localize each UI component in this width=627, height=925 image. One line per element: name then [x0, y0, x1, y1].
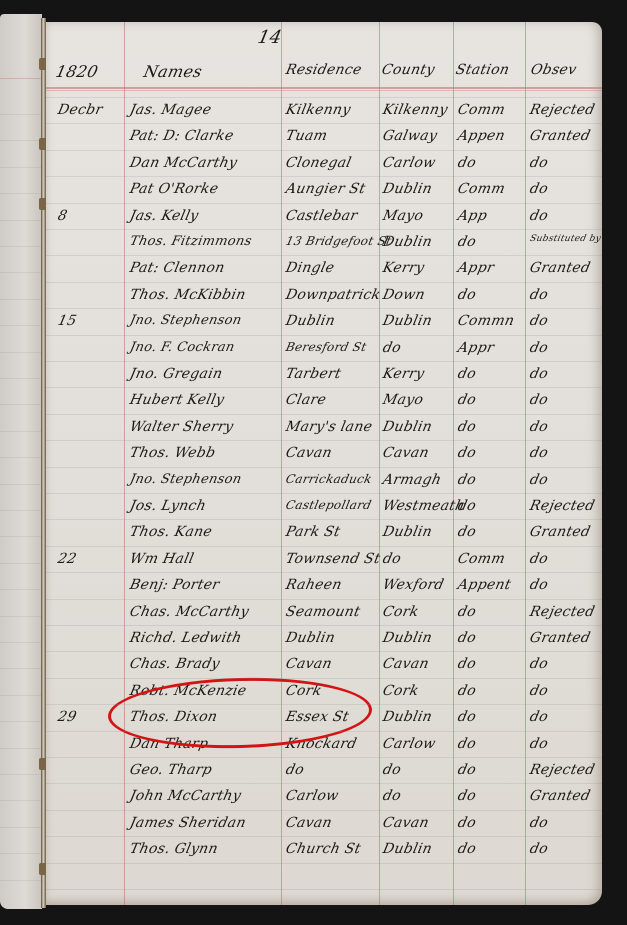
- cell-name: Jas. Kelly: [128, 208, 200, 224]
- cell-station: do: [456, 683, 477, 699]
- ruled-line: [0, 167, 42, 168]
- ruled-line: [0, 563, 42, 564]
- cell-observation: Granted: [528, 630, 592, 646]
- cell-name: Benj: Porter: [128, 577, 221, 593]
- cell-station: do: [456, 472, 477, 488]
- cell-residence: Townsend St: [284, 551, 382, 567]
- cell-county: Galway: [381, 128, 438, 144]
- cell-name: Thos. McKibbin: [128, 287, 247, 303]
- ruled-line: [0, 800, 42, 801]
- cell-station: do: [456, 524, 477, 540]
- ruled-line: [46, 810, 602, 811]
- cell-station: do: [456, 445, 477, 461]
- cell-residence: Church St: [284, 841, 362, 857]
- cell-county: Cavan: [381, 445, 430, 461]
- cell-residence: Carrickaduck: [285, 472, 374, 486]
- cell-residence: Tuam: [284, 128, 329, 144]
- cell-observation: Granted: [528, 788, 592, 804]
- ruled-line: [46, 731, 602, 732]
- cell-station: do: [456, 392, 477, 408]
- ruled-line: [46, 889, 602, 890]
- ruled-line: [0, 484, 42, 485]
- ruled-line: [0, 114, 42, 115]
- cell-residence: Seamount: [284, 604, 361, 620]
- cell-observation: do: [528, 208, 549, 224]
- cell-observation: do: [528, 366, 549, 382]
- column-divider-county: [453, 22, 454, 905]
- cell-residence: Downpatrick: [284, 287, 382, 303]
- ruled-line: [46, 599, 602, 600]
- cell-residence: Aungier St: [284, 181, 367, 197]
- cell-county: Dublin: [381, 630, 433, 646]
- cell-name: Jas. Magee: [128, 102, 213, 118]
- cell-station: Comm: [456, 551, 506, 567]
- cell-observation: Granted: [528, 260, 592, 276]
- cell-residence: Raheen: [284, 577, 343, 593]
- ruled-line: [46, 863, 602, 864]
- cell-date: 29: [56, 709, 78, 725]
- ruled-line: [46, 308, 602, 309]
- ruled-line: [46, 836, 602, 837]
- cell-county: Kerry: [381, 260, 426, 276]
- cell-station: do: [456, 604, 477, 620]
- ruled-line: [0, 246, 42, 247]
- cell-county: Down: [381, 287, 426, 303]
- cell-county: Dublin: [381, 524, 433, 540]
- ruled-line: [46, 572, 602, 573]
- cell-residence: Park St: [284, 524, 341, 540]
- ruled-line: [46, 361, 602, 362]
- ruled-line: [46, 414, 602, 415]
- cell-residence: Castlebar: [284, 208, 359, 224]
- cell-residence: Clare: [284, 392, 327, 408]
- cell-name: John McCarthy: [128, 788, 242, 804]
- header-names: Names: [142, 62, 204, 81]
- cell-residence: Castlepollard: [285, 498, 373, 512]
- cell-name: Jno. Stephenson: [128, 472, 243, 487]
- cell-observation: do: [528, 181, 549, 197]
- cell-station: Appen: [456, 128, 506, 144]
- ruled-line: [0, 536, 42, 537]
- cell-county: Dublin: [381, 234, 433, 250]
- cell-station: do: [456, 815, 477, 831]
- page-number: 14: [256, 27, 284, 48]
- ruled-line: [46, 467, 602, 468]
- cell-observation: Rejected: [528, 498, 596, 514]
- ruled-line: [0, 404, 42, 405]
- ruled-line: [0, 140, 42, 141]
- ruled-line: [0, 431, 42, 432]
- cell-county: Dublin: [381, 313, 433, 329]
- cell-residence: Dublin: [284, 313, 336, 329]
- cell-date: 22: [56, 551, 78, 567]
- cell-county: do: [381, 762, 402, 778]
- cell-name: Thos. Fitzimmons: [128, 234, 253, 249]
- ruled-line: [46, 783, 602, 784]
- cell-name: Walter Sherry: [128, 419, 235, 435]
- cell-county: Cork: [381, 604, 420, 620]
- cell-observation: do: [528, 445, 549, 461]
- header-county: County: [380, 62, 436, 78]
- ruled-line: [0, 589, 42, 590]
- cell-name: Richd. Ledwith: [128, 630, 243, 646]
- cell-observation: Rejected: [528, 102, 596, 118]
- cell-station: do: [456, 736, 477, 752]
- ruled-line: [46, 229, 602, 230]
- cell-name: Hubert Kelly: [128, 392, 225, 408]
- cell-name: Thos. Webb: [128, 445, 217, 461]
- header-observations: Obsev: [529, 62, 578, 78]
- cell-county: Wexford: [381, 577, 445, 593]
- ruled-line: [0, 827, 42, 828]
- cell-name: Pat O'Rorke: [128, 181, 220, 197]
- ruled-line: [0, 457, 42, 458]
- ruled-line: [46, 282, 602, 283]
- ruled-line: [0, 721, 42, 722]
- cell-observation: Granted: [528, 128, 592, 144]
- cell-observation: do: [528, 313, 549, 329]
- ruled-line: [0, 220, 42, 221]
- cell-observation: do: [528, 287, 549, 303]
- ruled-line: [46, 335, 602, 336]
- cell-residence: do: [284, 762, 305, 778]
- cell-name: Thos. Kane: [128, 524, 213, 540]
- ruled-line: [0, 774, 42, 775]
- ruled-line: [46, 704, 602, 705]
- cell-station: do: [456, 234, 477, 250]
- cell-residence: Tarbert: [284, 366, 342, 382]
- ruled-line: [46, 255, 602, 256]
- ruled-line: [46, 387, 602, 388]
- cell-county: Mayo: [381, 208, 425, 224]
- ruled-line: [46, 493, 602, 494]
- ruled-line: [46, 546, 602, 547]
- cell-station: Appr: [456, 260, 495, 276]
- ruled-line: [46, 651, 602, 652]
- cell-residence: Kilkenny: [284, 102, 352, 118]
- ruled-line: [46, 519, 602, 520]
- cell-name: Thos. Glynn: [128, 841, 219, 857]
- cell-station: Appr: [456, 340, 495, 356]
- header-station: Station: [454, 62, 511, 78]
- ruled-line: [46, 97, 602, 98]
- cell-station: do: [456, 287, 477, 303]
- cell-observation: do: [528, 815, 549, 831]
- ruled-line: [46, 123, 602, 124]
- cell-county: Armagh: [381, 472, 443, 488]
- cell-observation: do: [528, 340, 549, 356]
- ruled-line: [0, 642, 42, 643]
- ruled-line: [46, 176, 602, 177]
- cell-residence: Dublin: [284, 630, 336, 646]
- column-divider-residence: [379, 22, 380, 905]
- cell-station: do: [456, 762, 477, 778]
- cell-county: Dublin: [381, 181, 433, 197]
- cell-residence: Beresford St: [285, 340, 368, 354]
- ruled-line: [0, 299, 42, 300]
- ruled-line: [46, 440, 602, 441]
- cell-observation: do: [528, 683, 549, 699]
- cell-observation: do: [528, 841, 549, 857]
- cell-residence: Carlow: [284, 788, 340, 804]
- ruled-line: [0, 748, 42, 749]
- cell-station: do: [456, 709, 477, 725]
- column-divider-station: [525, 22, 526, 905]
- cell-name: Geo. Tharp: [128, 762, 213, 778]
- cell-name: Pat: Clennon: [128, 260, 226, 276]
- cell-county: Westmeath: [381, 498, 466, 514]
- ruled-line: [0, 668, 42, 669]
- cell-observation: do: [528, 551, 549, 567]
- cell-station: do: [456, 630, 477, 646]
- cell-station: Commn: [456, 313, 516, 329]
- cell-station: do: [456, 419, 477, 435]
- cell-county: do: [381, 788, 402, 804]
- cell-name: Dan McCarthy: [128, 155, 239, 171]
- cell-name: Chas. Brady: [128, 656, 221, 672]
- ruled-line: [0, 616, 42, 617]
- cell-name: Jos. Lynch: [128, 498, 207, 514]
- header-year: 1820: [54, 62, 100, 81]
- ruled-line: [0, 880, 42, 881]
- cell-county: Dublin: [381, 841, 433, 857]
- cell-date: 15: [56, 313, 78, 329]
- cell-county: Carlow: [381, 736, 437, 752]
- cell-name: James Sheridan: [128, 815, 247, 831]
- cell-county: Kerry: [381, 366, 426, 382]
- cell-name: Wm Hall: [128, 551, 195, 567]
- header-residence: Residence: [284, 62, 363, 78]
- cell-name: Jno. F. Cockran: [128, 340, 236, 355]
- cell-county: Dublin: [381, 419, 433, 435]
- cell-observation: do: [528, 419, 549, 435]
- cell-county: Kilkenny: [381, 102, 449, 118]
- cell-county: Cavan: [381, 815, 430, 831]
- cell-county: Carlow: [381, 155, 437, 171]
- cell-name: Pat: D: Clarke: [128, 128, 235, 144]
- cell-date: Decbr: [56, 102, 104, 118]
- cell-residence: Cavan: [284, 445, 333, 461]
- cell-date: 8: [56, 208, 69, 224]
- ruled-line: [0, 272, 42, 273]
- ruled-line: [0, 352, 42, 353]
- ledger-page: 14 1820 Names Residence County Station O…: [46, 22, 602, 905]
- cell-observation: do: [528, 155, 549, 171]
- cell-station: do: [456, 155, 477, 171]
- ruled-line: [46, 625, 602, 626]
- facing-left-page: [0, 14, 42, 909]
- cell-observation: Rejected: [528, 604, 596, 620]
- cell-observation: do: [528, 577, 549, 593]
- ruled-line: [0, 325, 42, 326]
- cell-name: Jno. Gregain: [128, 366, 224, 382]
- cell-county: do: [381, 551, 402, 567]
- cell-residence: Cavan: [284, 815, 333, 831]
- header-rule: [46, 87, 602, 89]
- cell-observation: do: [528, 472, 549, 488]
- column-divider-date: [124, 22, 125, 905]
- cell-observation: do: [528, 736, 549, 752]
- cell-station: do: [456, 841, 477, 857]
- cell-observation: do: [528, 392, 549, 408]
- cell-county: do: [381, 340, 402, 356]
- ruled-line: [0, 510, 42, 511]
- cell-name: Jno. Stephenson: [128, 313, 243, 328]
- cell-station: do: [456, 366, 477, 382]
- cell-station: do: [456, 788, 477, 804]
- cell-observation: Rejected: [528, 762, 596, 778]
- ruled-line: [0, 853, 42, 854]
- cell-residence: Cavan: [284, 656, 333, 672]
- cell-county: Cork: [381, 683, 420, 699]
- header-rule-secondary: [46, 90, 602, 91]
- cell-observation: Substituted by King: [529, 234, 602, 244]
- ruled-line: [46, 203, 602, 204]
- cell-residence: Dingle: [284, 260, 336, 276]
- ruled-line: [46, 757, 602, 758]
- ruled-line: [0, 378, 42, 379]
- cell-station: do: [456, 656, 477, 672]
- cell-residence: Clonegal: [284, 155, 353, 171]
- cell-residence: 13 Bridgefoot St: [285, 234, 393, 248]
- cell-station: Appent: [456, 577, 512, 593]
- ruled-line: [0, 193, 42, 194]
- cell-observation: Granted: [528, 524, 592, 540]
- cell-name: Chas. McCarthy: [128, 604, 250, 620]
- cell-residence: Mary's lane: [284, 419, 374, 435]
- cell-observation: do: [528, 656, 549, 672]
- ruled-line: [46, 678, 602, 679]
- ruled-line: [46, 150, 602, 151]
- column-divider-names: [281, 22, 282, 905]
- ruled-line: [0, 695, 42, 696]
- cell-county: Cavan: [381, 656, 430, 672]
- cell-station: Comm: [456, 181, 506, 197]
- cell-observation: do: [528, 709, 549, 725]
- cell-county: Mayo: [381, 392, 425, 408]
- left-page-header-rule: [0, 78, 42, 79]
- cell-station: App: [456, 208, 488, 224]
- cell-station: do: [456, 498, 477, 514]
- cell-station: Comm: [456, 102, 506, 118]
- cell-county: Dublin: [381, 709, 433, 725]
